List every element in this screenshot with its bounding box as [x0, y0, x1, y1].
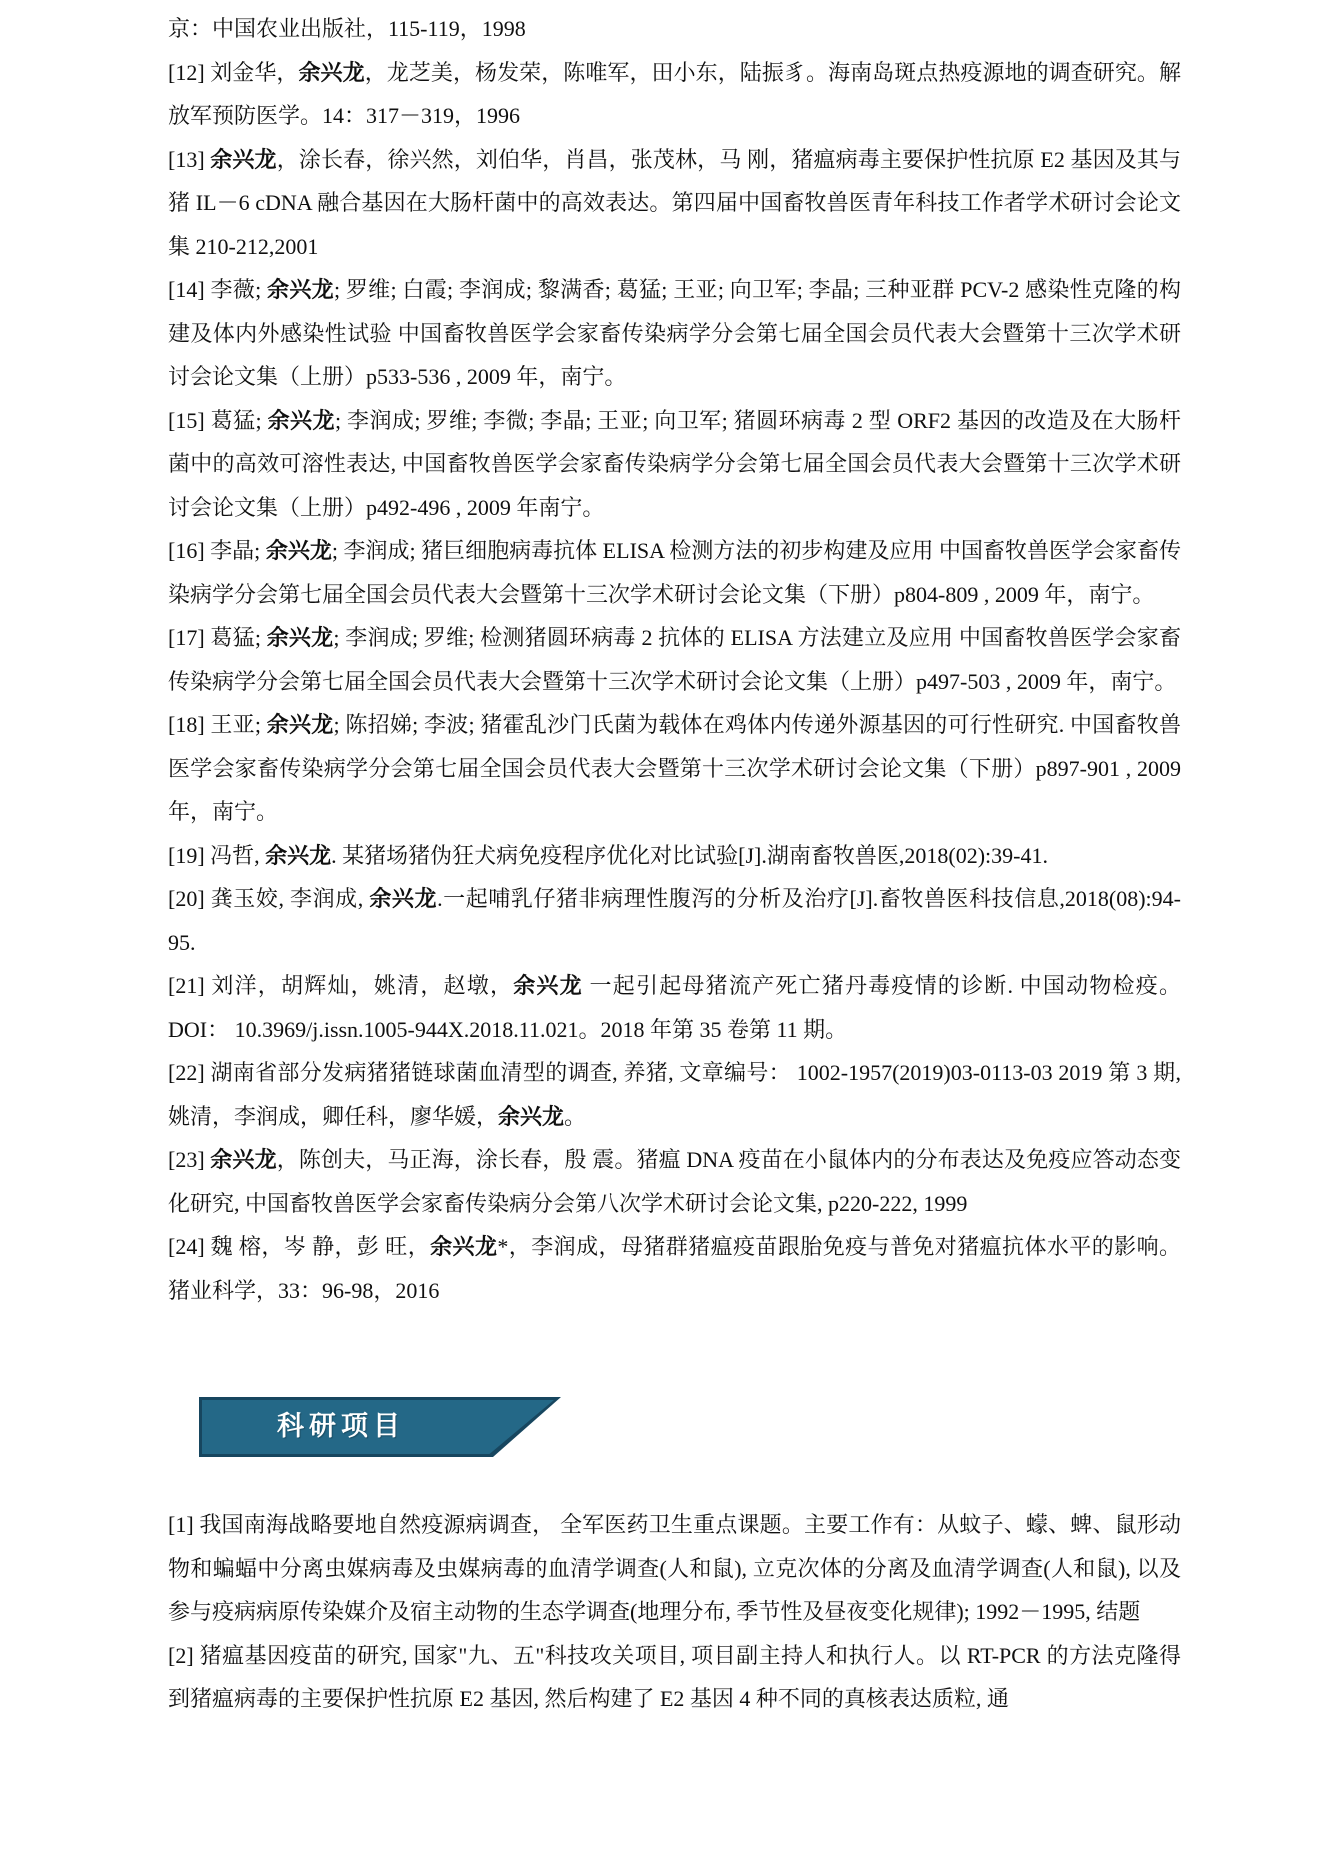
author-highlight: 余兴龙: [369, 886, 437, 911]
publication-item: [15] 葛猛; 余兴龙; 李润成; 罗维; 李微; 李晶; 王亚; 向卫军; …: [168, 399, 1181, 530]
publication-item: [20] 龚玉姣, 李润成, 余兴龙.一起哺乳仔猪非病理性腹泻的分析及治疗[J]…: [168, 877, 1181, 964]
publication-item: [12] 刘金华，余兴龙，龙芝美，杨发荣，陈唯军，田小东，陆振豸。海南岛斑点热疫…: [168, 51, 1181, 138]
author-highlight: 余兴龙: [265, 843, 331, 868]
publication-item: [21] 刘洋，胡辉灿，姚清，赵墩，余兴龙 一起引起母猪流产死亡猪丹毒疫情的诊断…: [168, 964, 1181, 1051]
publication-item: [18] 王亚; 余兴龙; 陈招娣; 李波; 猪霍乱沙门氏菌为载体在鸡体内传递外…: [168, 703, 1181, 834]
author-highlight: 余兴龙: [268, 408, 335, 433]
author-highlight: 余兴龙: [210, 1147, 276, 1172]
author-highlight: 余兴龙: [298, 60, 364, 85]
document-page: 京：中国农业出版社，115-119，1998 [12] 刘金华，余兴龙，龙芝美，…: [168, 0, 1181, 1721]
author-highlight: 余兴龙: [267, 625, 334, 650]
author-highlight: 余兴龙: [267, 712, 334, 737]
publication-item: [13] 余兴龙，涂长春，徐兴然，刘伯华，肖昌，张茂林，马 刚，猪瘟病毒主要保护…: [168, 138, 1181, 269]
section-banner: 科研项目: [199, 1397, 561, 1457]
continuation-line: 京：中国农业出版社，115-119，1998: [168, 7, 1181, 51]
author-highlight: 余兴龙: [210, 147, 276, 172]
author-highlight: 余兴龙: [267, 277, 334, 302]
author-highlight: 余兴龙: [430, 1234, 497, 1259]
publication-item: [16] 李晶; 余兴龙; 李润成; 猪巨细胞病毒抗体 ELISA 检测方法的初…: [168, 529, 1181, 616]
author-highlight: 余兴龙: [513, 973, 583, 998]
section-banner-title: 科研项目: [277, 1397, 405, 1457]
publication-item: [22] 湖南省部分发病猪猪链球菌血清型的调查, 养猪, 文章编号： 1002-…: [168, 1051, 1181, 1138]
project-item: [2] 猪瘟基因疫苗的研究, 国家"九、五"科技攻关项目, 项目副主持人和执行人…: [168, 1634, 1181, 1721]
publication-item: [23] 余兴龙，陈创夫，马正海，涂长春，殷 震。猪瘟 DNA 疫苗在小鼠体内的…: [168, 1138, 1181, 1225]
publication-list: [12] 刘金华，余兴龙，龙芝美，杨发荣，陈唯军，田小东，陆振豸。海南岛斑点热疫…: [168, 51, 1181, 1313]
publication-item: [24] 魏 榕，岑 静，彭 旺，余兴龙*，李润成，母猪群猪瘟疫苗跟胎免疫与普免…: [168, 1225, 1181, 1312]
publication-item: [19] 冯哲, 余兴龙. 某猪场猪伪狂犬病免疫程序优化对比试验[J].湖南畜牧…: [168, 834, 1181, 878]
author-highlight: 余兴龙: [498, 1104, 564, 1129]
author-highlight: 余兴龙: [266, 538, 332, 563]
project-item: [1] 我国南海战略要地自然疫源病调查， 全军医药卫生重点课题。主要工作有：从蚊…: [168, 1503, 1181, 1634]
project-list: [1] 我国南海战略要地自然疫源病调查， 全军医药卫生重点课题。主要工作有：从蚊…: [168, 1503, 1181, 1721]
publication-item: [14] 李薇; 余兴龙; 罗维; 白霞; 李润成; 黎满香; 葛猛; 王亚; …: [168, 268, 1181, 399]
publication-item: [17] 葛猛; 余兴龙; 李润成; 罗维; 检测猪圆环病毒 2 抗体的 ELI…: [168, 616, 1181, 703]
